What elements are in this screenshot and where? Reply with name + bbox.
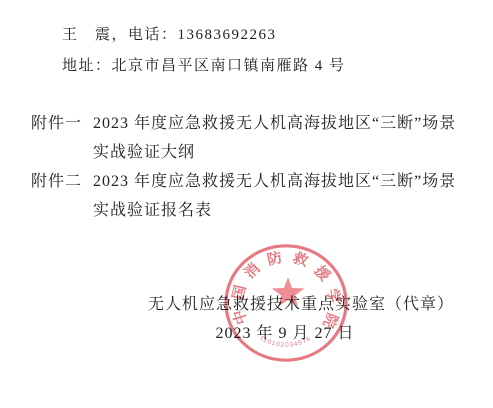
document-page: 王 震，电话：13683692263 地址：北京市昌平区南口镇南雁路 4 号 附… [0, 0, 493, 408]
signature-block: 无人机应急救援技术重点实验室（代章） 2023 年 9 月 27 日 [148, 295, 422, 343]
contact-address: 地址：北京市昌平区南口镇南雁路 4 号 [62, 57, 346, 75]
attachment-2-title-line1: 2023 年度应急救援无人机高海拔地区“三断”场景 [93, 173, 456, 190]
attachment-item-2: 附件二 2023 年度应急救援无人机高海拔地区“三断”场景 实战验证报名表 [31, 167, 456, 225]
attachment-1-title: 2023 年度应急救援无人机高海拔地区“三断”场景 实战验证大纲 [93, 109, 456, 167]
attachment-2-title-line2: 实战验证报名表 [93, 202, 212, 219]
signature-date: 2023 年 9 月 27 日 [148, 324, 422, 343]
contact-block: 王 震，电话：13683692263 地址：北京市昌平区南口镇南雁路 4 号 [62, 26, 346, 88]
attachment-1-label: 附件一 [31, 109, 93, 138]
attachment-1-title-line1: 2023 年度应急救援无人机高海拔地区“三断”场景 [93, 115, 456, 132]
attachment-2-label: 附件二 [31, 167, 93, 196]
contact-name-phone: 王 震，电话：13683692263 [62, 26, 346, 44]
attachment-item-1: 附件一 2023 年度应急救援无人机高海拔地区“三断”场景 实战验证大纲 [31, 109, 456, 167]
signature-org: 无人机应急救援技术重点实验室（代章） [148, 295, 422, 314]
attachments-list: 附件一 2023 年度应急救援无人机高海拔地区“三断”场景 实战验证大纲 附件二… [31, 109, 456, 225]
attachment-1-title-line2: 实战验证大纲 [93, 144, 195, 161]
attachment-2-title: 2023 年度应急救援无人机高海拔地区“三断”场景 实战验证报名表 [93, 167, 456, 225]
